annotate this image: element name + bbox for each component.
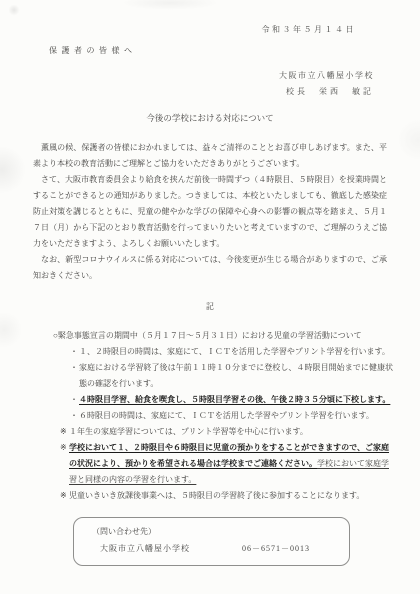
contact-school: 大阪市立八幡屋小学校 [100, 541, 190, 557]
notice-item-marker: ・ [70, 392, 79, 408]
notice-item-marker: ・ [70, 360, 79, 376]
body-paragraph-2: さて、大阪市教育委員会より給食を挟んだ前後一時間ずつ（４時限目、５時限目）を授業… [33, 172, 387, 252]
ki-marker: 記 [33, 299, 387, 315]
recipient-line: 保護者の皆様へ [49, 43, 387, 59]
contact-label: （問い合わせ先） [92, 524, 339, 540]
notice-item-marker: ※ [60, 424, 69, 440]
body-paragraph-3: なお、新型コロナウイルスに係る対応については、今後変更が生じる場合がありますので… [33, 252, 387, 284]
notice-item-marker: ※ [60, 440, 69, 456]
notice-item-marker: ・ [70, 408, 79, 424]
notice-item-text: 家庭における学習終了後は午前１１時１０分までに登校し、４時限目開始までに健康状態… [79, 360, 393, 392]
letter-title: 今後の学校における対応について [33, 110, 387, 126]
notice-item: ・家庭における学習終了後は午前１１時１０分までに登校し、４時限目開始までに健康状… [70, 360, 393, 392]
notice-item-text: １、２時限目の時間は、家庭にて、ＩＣＴを活用した学習やプリント学習を行います。 [79, 344, 393, 360]
contact-box: （問い合わせ先） 大阪市立八幡屋小学校 06－6571－0013 [73, 517, 350, 566]
scanned-letter-page: 令和３年５月１４日 保護者の皆様へ 大阪市立八幡屋小学校 校長 栄西 敏記 今後… [0, 0, 420, 594]
notice-item-text: １年生の家庭学習については、プリント学習等を中心に行います。 [69, 424, 389, 440]
notice-item-marker: ・ [70, 344, 79, 360]
notice-item-text: ４時限目学習、給食を喫食し、５時限目学習その後、午後２時３５分頃に下校します。 [79, 392, 393, 408]
notice-item: ・４時限目学習、給食を喫食し、５時限目学習その後、午後２時３５分頃に下校します。 [70, 392, 393, 408]
notice-item-text: ６時限目の時間は、家庭にて、ＩＣＴを活用した学習やプリント学習を行います。 [79, 408, 393, 424]
contact-phone: 06－6571－0013 [242, 541, 310, 557]
notice-item-text: 学校において１、２時限目や６時限目に児童の預かりをすることができますので、ご家庭… [69, 440, 389, 488]
notice-item: ※学校において１、２時限目や６時限目に児童の預かりをすることができますので、ご家… [60, 440, 389, 488]
notice-item-text: 児童いきいき放課後事業へは、５時限目の学習終了後に参加することになります。 [69, 488, 389, 504]
body-paragraph-1: 薫風の候、保護者の皆様におかれましては、益々ご清祥のこととお喜び申しあげます。ま… [33, 140, 387, 172]
sender-block: 大阪市立八幡屋小学校 校長 栄西 敏記 [33, 68, 387, 99]
notice-item: ・６時限目の時間は、家庭にて、ＩＣＴを活用した学習やプリント学習を行います。 [70, 408, 393, 424]
notice-item-marker: ※ [60, 488, 69, 504]
notice-item: ※１年生の家庭学習については、プリント学習等を中心に行います。 [60, 424, 389, 440]
contact-row: 大阪市立八幡屋小学校 06－6571－0013 [92, 541, 339, 557]
sender-principal: 校長 栄西 敏記 [33, 84, 374, 99]
letter-date: 令和３年５月１４日 [33, 22, 387, 38]
letter-body: 薫風の候、保護者の皆様におかれましては、益々ご清祥のこととお喜び申しあげます。ま… [33, 140, 387, 284]
notice-item: ・１、２時限目の時間は、家庭にて、ＩＣＴを活用した学習やプリント学習を行います。 [70, 344, 393, 360]
notice-list: ・１、２時限目の時間は、家庭にて、ＩＣＴを活用した学習やプリント学習を行います。… [33, 344, 387, 504]
notice-item: ※児童いきいき放課後事業へは、５時限目の学習終了後に参加することになります。 [60, 488, 389, 504]
sender-school: 大阪市立八幡屋小学校 [33, 68, 374, 83]
notice-heading: ○緊急事態宣言の期間中（５月１７日～５月３１日）における児童の学習活動について [53, 328, 387, 344]
